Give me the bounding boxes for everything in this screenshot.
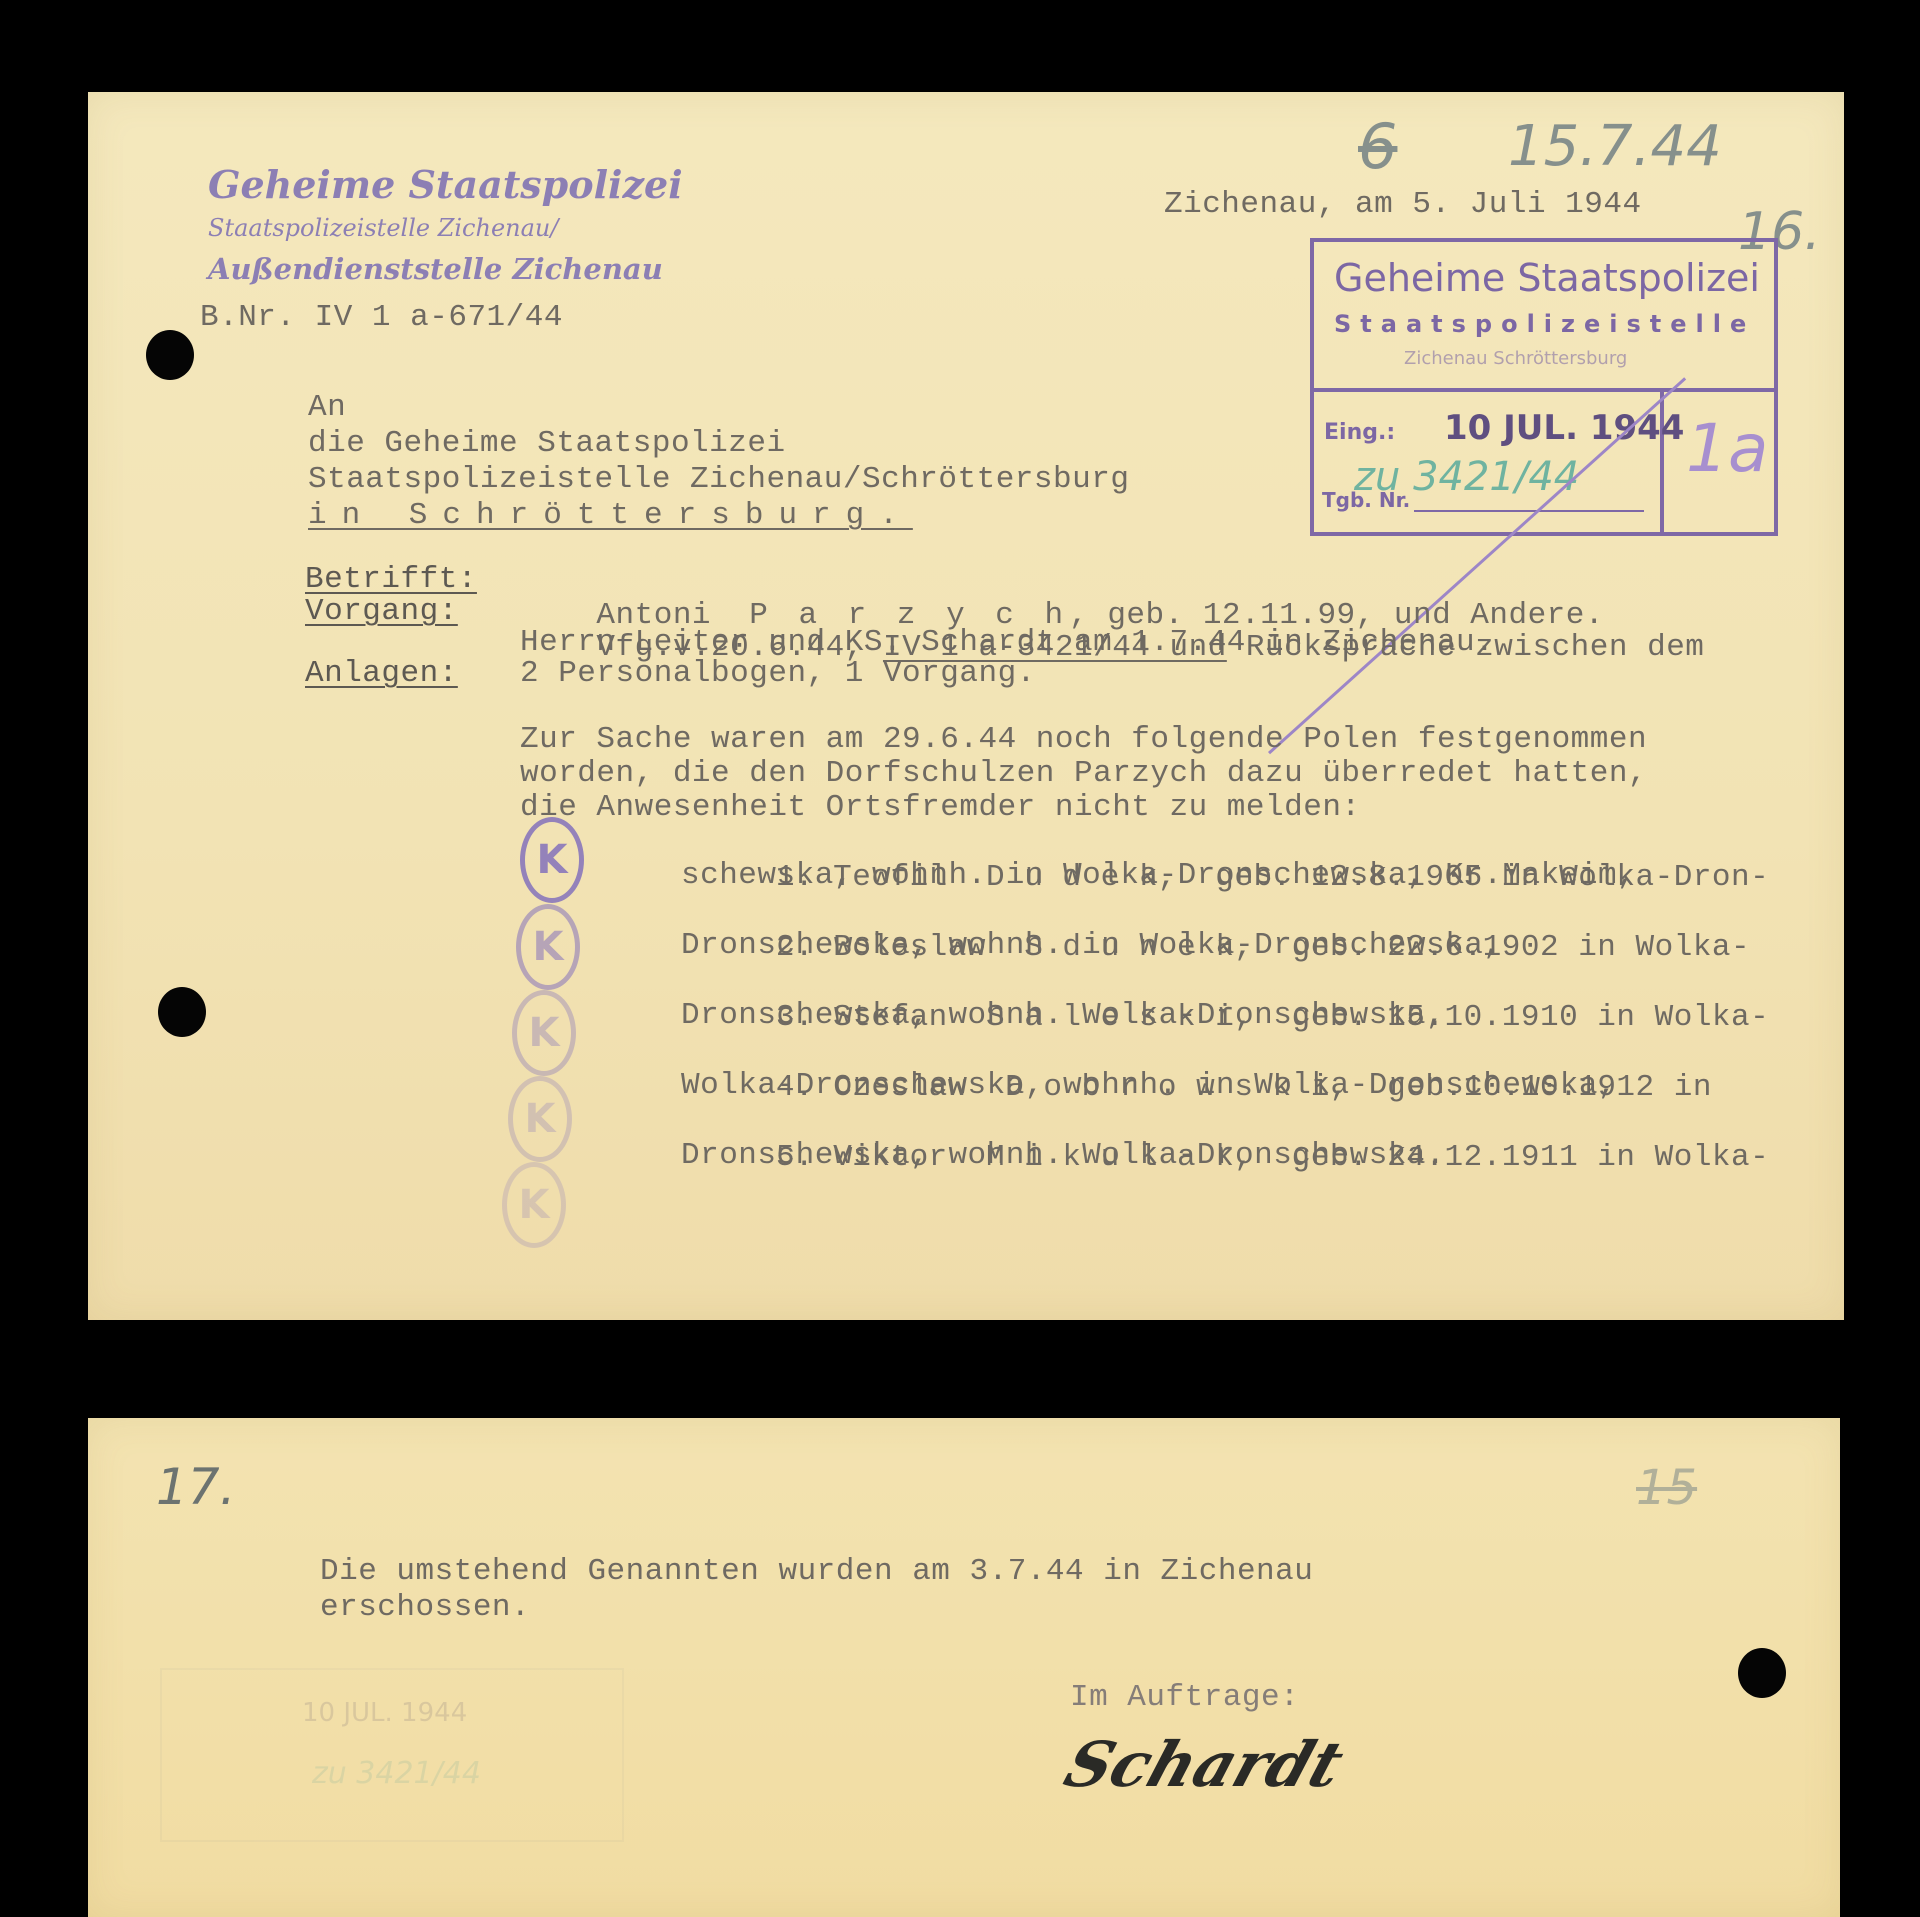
stamp-line-2: Staatspolizeistelle (1334, 310, 1755, 338)
reference-number: B.Nr. IV 1 a-671/44 (200, 300, 563, 336)
body-line-2: worden, die den Dorfschulzen Parzych daz… (520, 756, 1647, 792)
person-residence: Dronschewska, wohnh. Wolka-Dronschewska, (681, 998, 1445, 1034)
punch-hole (1738, 1648, 1786, 1698)
k-stamp-5: K (502, 1162, 566, 1248)
k-stamp-2: K (516, 904, 580, 990)
closing-phrase: Im Auftrage: (1070, 1680, 1299, 1716)
recipient-agency: die Geheime Staatspolizei (308, 426, 786, 462)
body-line-1: Zur Sache waren am 29.6.44 noch folgende… (520, 722, 1647, 758)
k-stamp-4: K (508, 1076, 572, 1162)
person-residence: Wolka-Dronschewska, wohnh. in Wolka-Dron… (681, 1068, 1617, 1104)
document-page-back: 17. 15 Die umstehend Genannten wurden am… (88, 1418, 1840, 1917)
bleed-stamp-date: 10 JUL. 1944 (302, 1698, 467, 1728)
recipient-office: Staatspolizeistelle Zichenau/Schröttersb… (308, 462, 1129, 498)
journal-number-handwritten: zu 3421/44 (1354, 454, 1579, 500)
recipient-prefix: An (308, 390, 346, 426)
received-label: Eing.: (1324, 420, 1395, 445)
bleed-through-stamp: 10 JUL. 1944 zu 3421/44 (160, 1668, 624, 1842)
stamp-line-3: Zichenau Schröttersburg (1404, 348, 1627, 369)
subject-label: Betrifft: (305, 562, 477, 598)
execution-note-line1: Die umstehend Genannten wurden am 3.7.44… (320, 1554, 1313, 1590)
letterhead-office: Staatspolizeistelle Zichenau/ (208, 214, 558, 242)
attachments-value: 2 Personalbogen, 1 Vorgang. (520, 656, 1036, 692)
matter-label: Vorgang: (305, 594, 458, 630)
execution-note-line2: erschossen. (320, 1590, 530, 1626)
signature: Schardt (1056, 1728, 1352, 1801)
letter-date: Zichenau, am 5. Juli 1944 (1164, 187, 1642, 223)
letterhead-branch: Außendienststelle Zichenau (208, 252, 663, 286)
person-residence: schewska, wohnh. in Wolka-Dronschewska, … (681, 858, 1636, 894)
punch-hole-top (146, 330, 194, 380)
person-residence: Dronschewska, wohnh. in Wolka-Dronschews… (681, 928, 1502, 964)
journal-underline (1414, 510, 1644, 512)
pencil-date-note: 15.7.44 (1508, 114, 1722, 179)
received-date: 10 JUL. 1944 (1444, 408, 1684, 448)
document-page-front: Geheime Staatspolizei Staatspolizeistell… (88, 92, 1844, 1320)
receipt-stamp: Geheime Staatspolizei Staatspolizeistell… (1310, 238, 1778, 536)
attachments-label: Anlagen: (305, 656, 458, 692)
crossed-pencil-mark: 6 (1358, 110, 1397, 183)
stamp-line-1: Geheime Staatspolizei (1334, 256, 1760, 300)
k-stamp-1: K (520, 817, 584, 903)
person-residence: Dronschewska, wohnh. Wolka-Dronschewska. (681, 1138, 1445, 1174)
letterhead-title: Geheime Staatspolizei (208, 162, 683, 207)
body-line-3: die Anwesenheit Ortsfremder nicht zu mel… (520, 790, 1361, 826)
bleed-stamp-number: zu 3421/44 (312, 1756, 481, 1791)
folio-number-back: 17. (156, 1458, 236, 1516)
k-stamp-3: K (512, 990, 576, 1076)
crossed-folio-number: 15 (1636, 1460, 1697, 1516)
stamp-box-note: 1a (1686, 410, 1768, 487)
recipient-city: in Schröttersburg. (308, 498, 913, 534)
punch-hole-bottom (158, 987, 206, 1037)
stamp-divider (1314, 388, 1774, 392)
